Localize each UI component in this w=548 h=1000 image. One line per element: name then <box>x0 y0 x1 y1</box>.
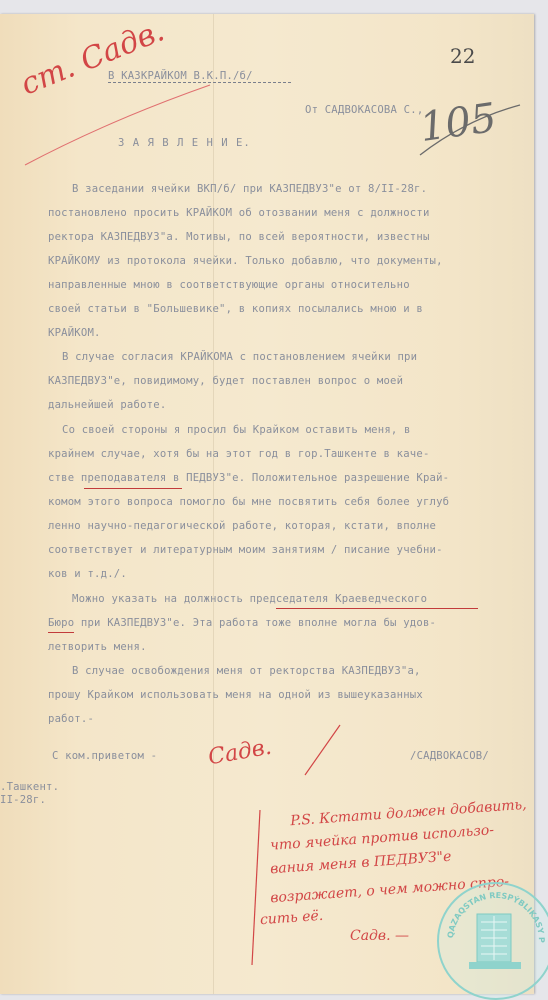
body-line: В случае освобождения меня от ректорства… <box>72 665 421 677</box>
typed-signature: /САДВОКАСОВ/ <box>410 750 489 762</box>
body-line: Бюро при КАЗПЕДВУЗ"е. Эта работа тоже вп… <box>48 617 436 629</box>
archive-stamp: QAZAQSTAN RESPÝBLIKASY PREZIDENTINIŃ ARH… <box>437 882 548 1000</box>
postscript-signature: Садв. — <box>350 928 409 944</box>
red-underline-chairman <box>276 608 478 609</box>
body-line: постановлено просить КРАЙКОМ об отозвани… <box>48 207 430 219</box>
body-line: своей статьи в "Большевике", в копиях по… <box>48 303 423 315</box>
date: II-28г. <box>0 794 46 806</box>
pencil-strike <box>415 100 525 160</box>
body-line: ленно научно-педагогической работе, кото… <box>48 520 436 532</box>
body-line: Со своей стороны я просил бы Крайком ост… <box>62 424 411 436</box>
body-line: ков и т.д./. <box>48 568 127 580</box>
body-line: КРАЙКОМУ из протокола ячейки. Только доб… <box>48 255 443 267</box>
body-line: направленные мною в соответствующие орга… <box>48 279 410 291</box>
archive-building-icon: QAZAQSTAN RESPÝBLIKASY PREZIDENTINIŃ ARH… <box>439 884 548 998</box>
body-line: Можно указать на должность председателя … <box>72 593 427 605</box>
body-line: крайнем случае, хотя бы на этот год в го… <box>48 448 430 460</box>
body-line: В заседании ячейки ВКП/б/ при КАЗПЕДВУЗ"… <box>72 183 427 195</box>
body-line: КАЗПЕДВУЗ"е, повидимому, будет поставлен… <box>48 375 403 387</box>
red-underline-teacher <box>84 488 182 489</box>
body-line: соответствует и литературным моим заняти… <box>48 544 443 556</box>
body-line: комом этого вопроса помогло бы мне посвя… <box>48 496 449 508</box>
body-line: стве преподавателя в ПЕДВУЗ"е. Положител… <box>48 472 449 484</box>
sender-line: От САДВОКАСОВА С., <box>305 104 423 116</box>
body-line: ректора КАЗПЕДВУЗ"а. Мотивы, по всей вер… <box>48 231 430 243</box>
closing: С ком.приветом - <box>52 750 157 762</box>
body-line: летворить меня. <box>48 641 147 653</box>
body-line: дальнейшей работе. <box>48 399 166 411</box>
body-line: прошу Крайком использовать меня на одной… <box>48 689 423 701</box>
body-line: КРАЙКОМ. <box>48 327 101 339</box>
page-number: 22 <box>450 44 475 68</box>
place: .Ташкент. <box>0 781 59 793</box>
red-underline-bureau <box>48 632 74 633</box>
red-margin-stroke <box>20 80 220 170</box>
body-line: В случае согласия КРАЙКОМА с постановлен… <box>62 351 417 363</box>
body-line: работ.- <box>48 713 94 725</box>
